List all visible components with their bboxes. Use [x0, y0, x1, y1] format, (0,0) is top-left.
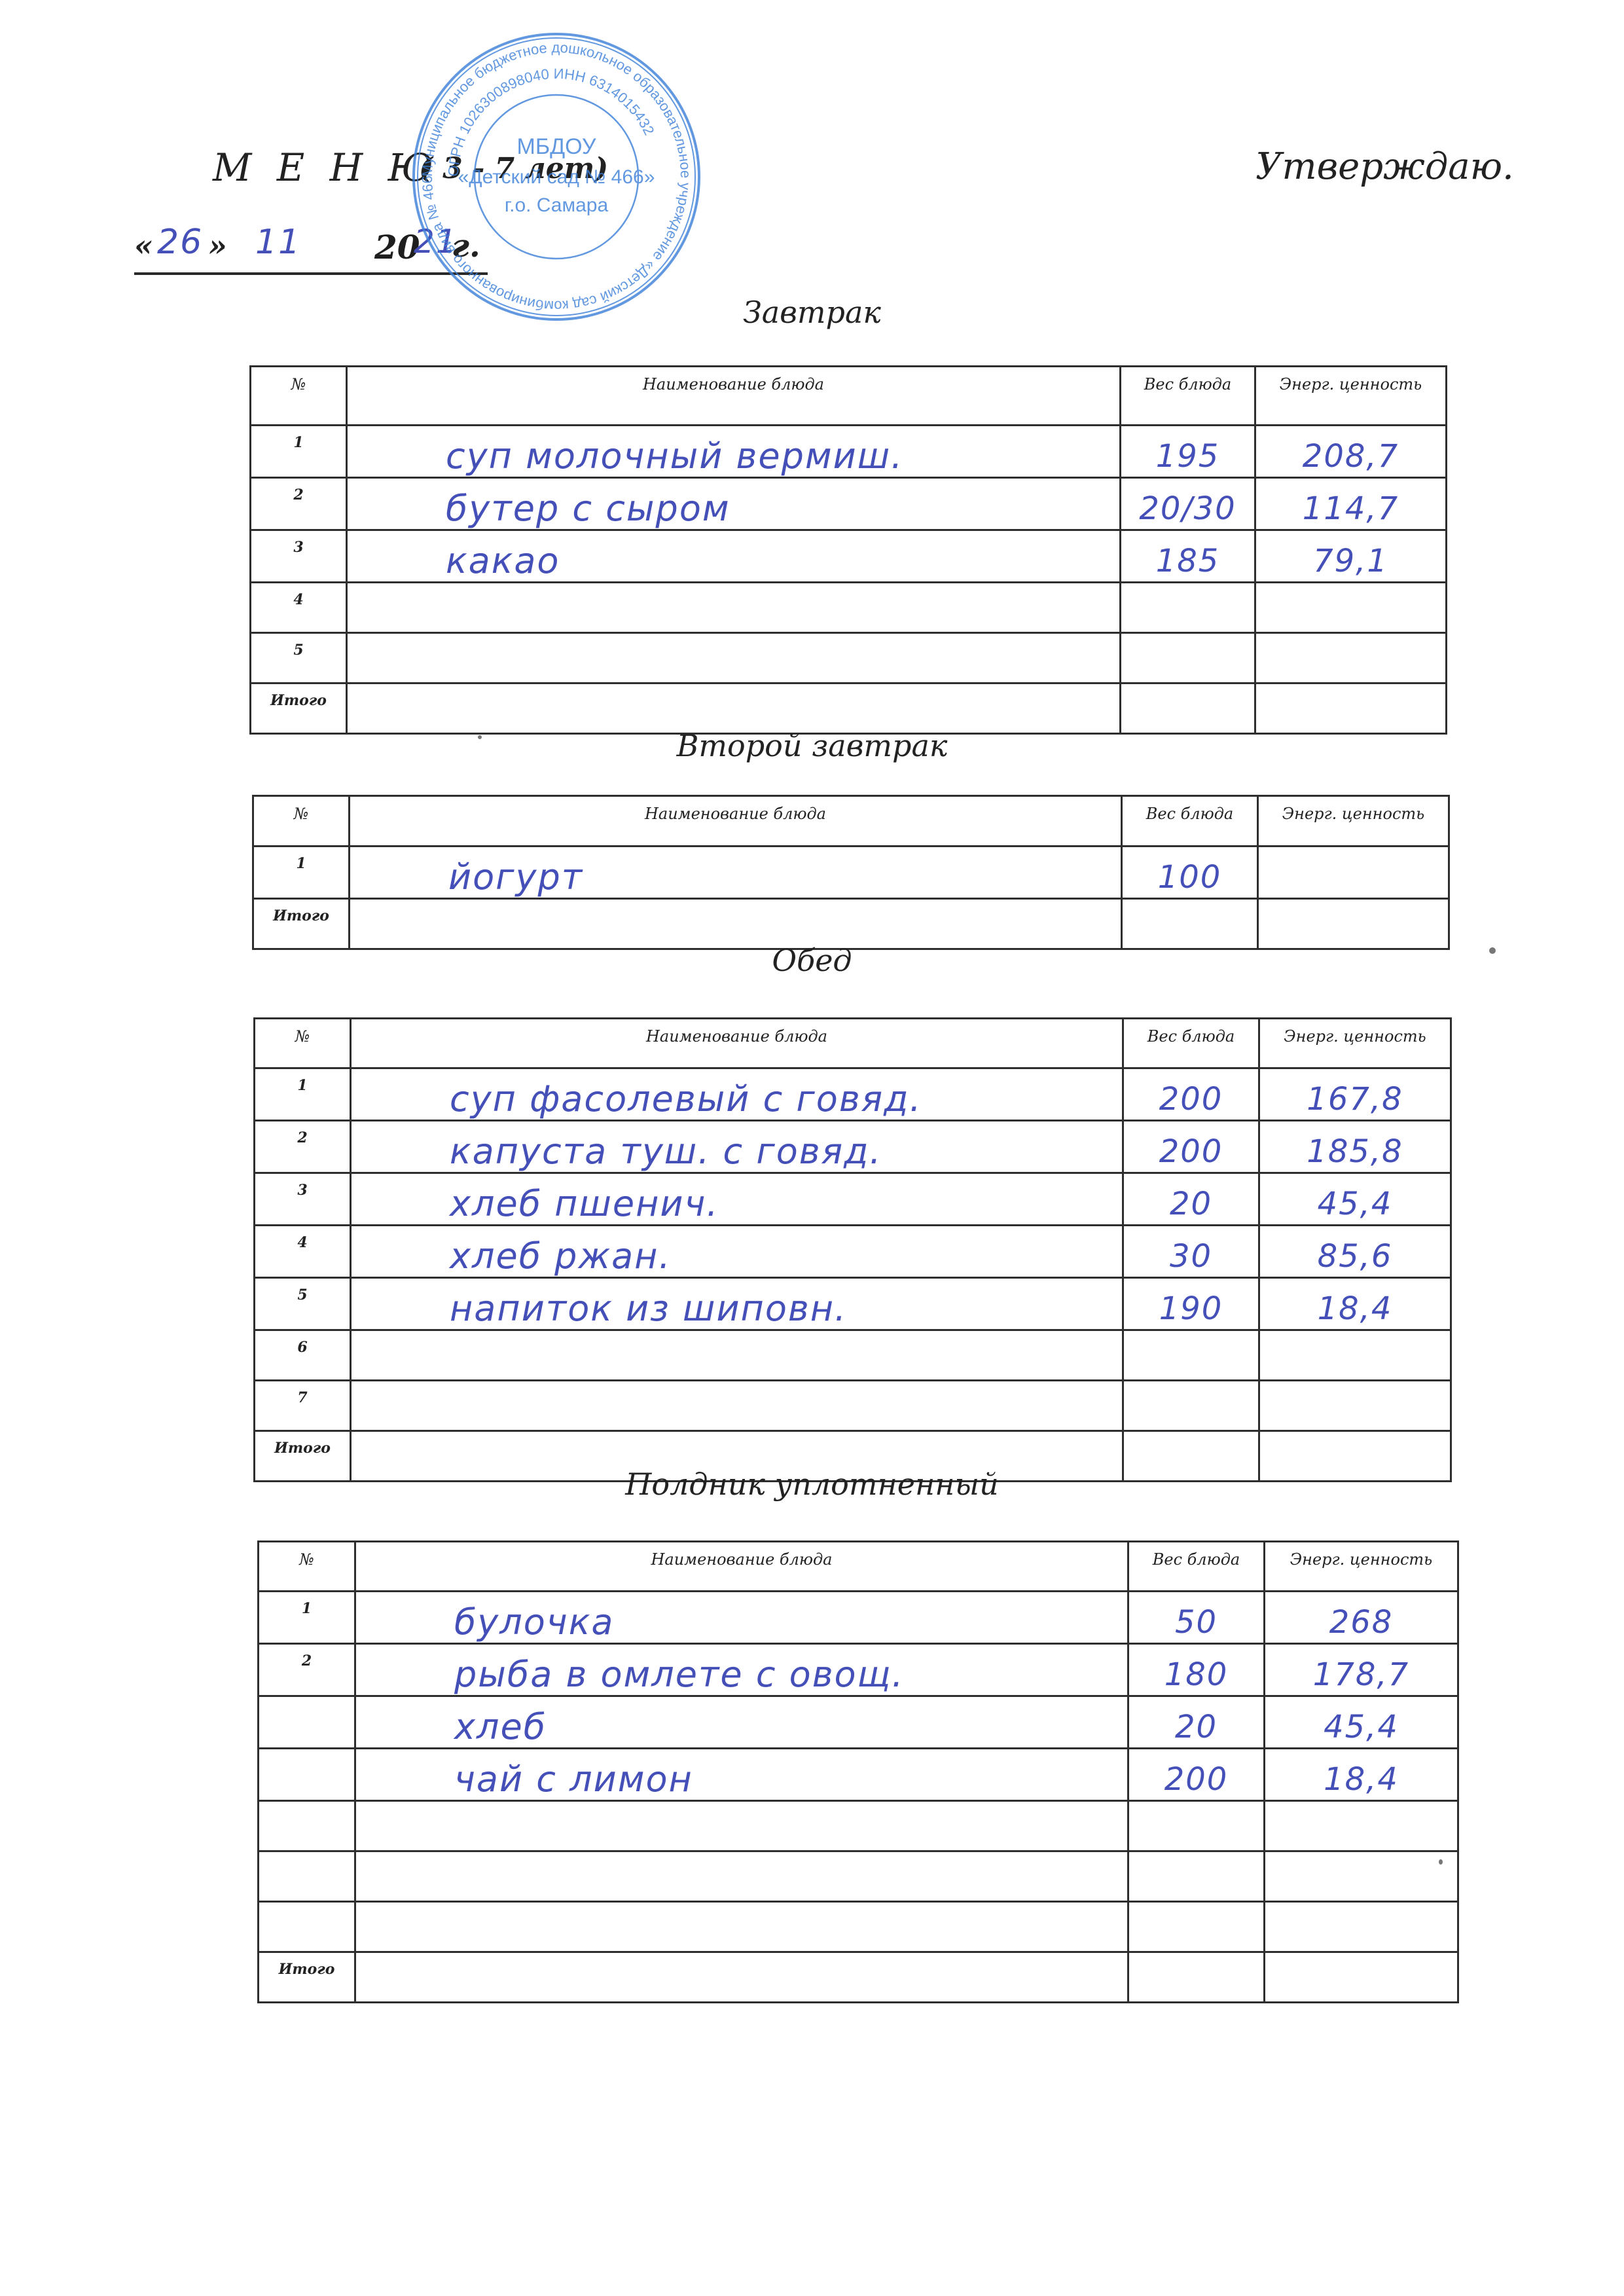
total-label: Итого [259, 1952, 355, 2003]
dish-name-cell[interactable]: суп молочный вермиш. [347, 426, 1121, 478]
column-header-energy: Энерг. ценность [1265, 1542, 1458, 1592]
energy-cell[interactable] [1265, 1801, 1458, 1851]
row-number [259, 1749, 355, 1801]
menu-table-breakfast: №Наименование блюдаВес блюдаЭнерг. ценно… [249, 365, 1447, 735]
table-row: 4хлеб ржан.3085,6 [255, 1226, 1451, 1278]
row-number [259, 1696, 355, 1749]
energy-cell[interactable] [1259, 1330, 1451, 1381]
row-number: 2 [259, 1644, 355, 1696]
table-row: хлеб2045,4 [259, 1696, 1458, 1749]
energy-cell[interactable] [1255, 583, 1447, 633]
energy-cell[interactable]: 18,4 [1265, 1749, 1458, 1801]
dish-name-cell[interactable]: бутер с сыром [347, 478, 1121, 530]
weight-cell[interactable]: 50 [1128, 1592, 1265, 1644]
dish-name-cell[interactable]: йогурт [350, 847, 1122, 899]
table-row: 1суп фасолевый с говяд.200167,8 [255, 1068, 1451, 1121]
energy-cell[interactable]: 79,1 [1255, 530, 1447, 583]
energy-cell[interactable]: 85,6 [1259, 1226, 1451, 1278]
row-number: 6 [255, 1330, 351, 1381]
column-header-weight: Вес блюда [1123, 1019, 1259, 1068]
energy-cell[interactable]: 114,7 [1255, 478, 1447, 530]
energy-cell[interactable] [1255, 633, 1447, 683]
dish-name-cell[interactable] [350, 899, 1122, 949]
weight-cell[interactable]: 180 [1128, 1644, 1265, 1696]
energy-cell[interactable]: 208,7 [1255, 426, 1447, 478]
weight-cell[interactable]: 20 [1128, 1696, 1265, 1749]
energy-cell[interactable]: 268 [1265, 1592, 1458, 1644]
approve-label: Утверждаю. [1255, 145, 1514, 188]
row-number: 3 [255, 1173, 351, 1226]
dish-name-cell[interactable] [351, 1330, 1123, 1381]
date-open-quote: « [134, 228, 153, 263]
row-number [259, 1801, 355, 1851]
column-header-energy: Энерг. ценность [1259, 1019, 1451, 1068]
scan-speck [1489, 947, 1496, 954]
menu-table-lunch: №Наименование блюдаВес блюдаЭнерг. ценно… [253, 1017, 1452, 1482]
weight-cell[interactable]: 20/30 [1121, 478, 1255, 530]
row-number: 1 [255, 1068, 351, 1121]
weight-cell[interactable] [1122, 899, 1258, 949]
weight-cell[interactable] [1123, 1330, 1259, 1381]
row-number: 4 [255, 1226, 351, 1278]
table-header-row: №Наименование блюдаВес блюдаЭнерг. ценно… [253, 796, 1449, 847]
weight-cell[interactable] [1128, 1952, 1265, 2003]
age-group: ( 3 - 7 лет) [419, 152, 608, 185]
dish-name-cell[interactable]: чай с лимон [355, 1749, 1128, 1801]
section-title-lunch: Обед [0, 943, 1624, 978]
row-number: 7 [255, 1381, 351, 1431]
energy-cell[interactable] [1259, 1381, 1451, 1431]
dish-name-cell[interactable] [347, 633, 1121, 683]
section-title-afternoon-snack: Полдник уплотненный [0, 1467, 1624, 1502]
table-row: 2бутер с сыром20/30114,7 [251, 478, 1447, 530]
date-underline [134, 272, 488, 275]
column-header-dish-name: Наименование блюда [355, 1542, 1128, 1592]
weight-cell[interactable]: 100 [1122, 847, 1258, 899]
stamp-center-line: г.о. Самара [505, 194, 609, 216]
total-label: Итого [253, 899, 350, 949]
column-header-weight: Вес блюда [1122, 796, 1258, 847]
dish-name-cell[interactable] [347, 583, 1121, 633]
scan-speck [1439, 1859, 1443, 1865]
energy-cell[interactable] [1258, 899, 1449, 949]
table-row: 1булочка50268 [259, 1592, 1458, 1644]
weight-cell[interactable]: 185 [1121, 530, 1255, 583]
row-number: 5 [255, 1278, 351, 1330]
row-number [259, 1902, 355, 1952]
weight-cell[interactable]: 190 [1123, 1278, 1259, 1330]
table-row: 1йогурт100 [253, 847, 1449, 899]
table-row: чай с лимон20018,4 [259, 1749, 1458, 1801]
weight-cell[interactable]: 30 [1123, 1226, 1259, 1278]
table-row: 2капуста туш. с говяд.200185,8 [255, 1121, 1451, 1173]
column-header-dish-name: Наименование блюда [350, 796, 1122, 847]
energy-cell[interactable] [1258, 847, 1449, 899]
dish-name-cell[interactable] [355, 1952, 1128, 2003]
dish-name-cell[interactable]: капуста туш. с говяд. [351, 1121, 1123, 1173]
row-number: 1 [259, 1592, 355, 1644]
energy-cell[interactable] [1265, 1851, 1458, 1902]
row-number [259, 1851, 355, 1902]
row-number: 1 [251, 426, 347, 478]
dish-name-cell[interactable] [355, 1902, 1128, 1952]
row-number: 1 [253, 847, 350, 899]
table-header-row: №Наименование блюдаВес блюдаЭнерг. ценно… [259, 1542, 1458, 1592]
date-close-quote: » [208, 228, 227, 263]
row-number: 4 [251, 583, 347, 633]
table-row [259, 1851, 1458, 1902]
weight-cell[interactable] [1121, 583, 1255, 633]
table-header-row: №Наименование блюдаВес блюдаЭнерг. ценно… [251, 367, 1447, 426]
dish-name-cell[interactable]: рыба в омлете с овощ. [355, 1644, 1128, 1696]
weight-cell[interactable]: 200 [1123, 1121, 1259, 1173]
row-number: 2 [251, 478, 347, 530]
weight-cell[interactable] [1121, 633, 1255, 683]
column-header-energy: Энерг. ценность [1255, 367, 1447, 426]
scan-speck [478, 735, 482, 739]
weight-cell[interactable] [1128, 1902, 1265, 1952]
energy-cell[interactable]: 178,7 [1265, 1644, 1458, 1696]
weight-cell[interactable] [1128, 1851, 1265, 1902]
weight-cell[interactable]: 195 [1121, 426, 1255, 478]
table-row: 1суп молочный вермиш.195208,7 [251, 426, 1447, 478]
section-title-second-breakfast: Второй завтрак [0, 728, 1624, 763]
table-row: 3какао18579,1 [251, 530, 1447, 583]
row-number: 5 [251, 633, 347, 683]
weight-cell[interactable]: 200 [1123, 1068, 1259, 1121]
table-row: 2рыба в омлете с овощ.180178,7 [259, 1644, 1458, 1696]
dish-name-cell[interactable]: хлеб ржан. [351, 1226, 1123, 1278]
weight-cell[interactable]: 200 [1128, 1749, 1265, 1801]
column-header-dish-name: Наименование блюда [347, 367, 1121, 426]
menu-table-second-breakfast: №Наименование блюдаВес блюдаЭнерг. ценно… [252, 795, 1450, 950]
menu-title: М Е Н Ю [213, 145, 440, 190]
table-row: 6 [255, 1330, 1451, 1381]
date-month: 11 [255, 223, 301, 262]
table-row: 5 [251, 633, 1447, 683]
dish-name-cell[interactable]: суп фасолевый с говяд. [351, 1068, 1123, 1121]
energy-cell[interactable]: 45,4 [1259, 1173, 1451, 1226]
energy-cell[interactable]: 18,4 [1259, 1278, 1451, 1330]
row-number: 2 [255, 1121, 351, 1173]
dish-name-cell[interactable]: напиток из шиповн. [351, 1278, 1123, 1330]
dish-name-cell[interactable] [351, 1381, 1123, 1431]
energy-cell[interactable]: 167,8 [1259, 1068, 1451, 1121]
table-total-row: Итого [259, 1952, 1458, 2003]
row-number: 3 [251, 530, 347, 583]
energy-cell[interactable] [1265, 1952, 1458, 2003]
dish-name-cell[interactable]: хлеб [355, 1696, 1128, 1749]
weight-cell[interactable] [1121, 683, 1255, 734]
section-title-breakfast: Завтрак [0, 295, 1624, 330]
weight-cell[interactable] [1123, 1381, 1259, 1431]
column-header-weight: Вес блюда [1128, 1542, 1265, 1592]
column-header-number: № [251, 367, 347, 426]
column-header-number: № [253, 796, 350, 847]
table-row: 4 [251, 583, 1447, 633]
dish-name-cell[interactable]: хлеб пшенич. [351, 1173, 1123, 1226]
energy-cell[interactable] [1255, 683, 1447, 734]
table-header-row: №Наименование блюдаВес блюдаЭнерг. ценно… [255, 1019, 1451, 1068]
energy-cell[interactable] [1265, 1902, 1458, 1952]
energy-cell[interactable]: 185,8 [1259, 1121, 1451, 1173]
dish-name-cell[interactable] [347, 683, 1121, 734]
table-total-row: Итого [251, 683, 1447, 734]
date-year-suffix: г. [452, 228, 480, 264]
column-header-energy: Энерг. ценность [1258, 796, 1449, 847]
table-row: 7 [255, 1381, 1451, 1431]
column-header-number: № [255, 1019, 351, 1068]
energy-cell[interactable]: 45,4 [1265, 1696, 1458, 1749]
column-header-dish-name: Наименование блюда [351, 1019, 1123, 1068]
menu-table-afternoon-snack: №Наименование блюдаВес блюдаЭнерг. ценно… [257, 1540, 1459, 2003]
weight-cell[interactable] [1128, 1801, 1265, 1851]
date-day: 26 [157, 223, 203, 262]
table-row: 3хлеб пшенич.2045,4 [255, 1173, 1451, 1226]
table-total-row: Итого [253, 899, 1449, 949]
column-header-number: № [259, 1542, 355, 1592]
table-row [259, 1801, 1458, 1851]
total-label: Итого [251, 683, 347, 734]
table-row [259, 1902, 1458, 1952]
dish-name-cell[interactable]: булочка [355, 1592, 1128, 1644]
dish-name-cell[interactable]: какао [347, 530, 1121, 583]
column-header-weight: Вес блюда [1121, 367, 1255, 426]
dish-name-cell[interactable] [355, 1801, 1128, 1851]
dish-name-cell[interactable] [355, 1851, 1128, 1902]
weight-cell[interactable]: 20 [1123, 1173, 1259, 1226]
table-row: 5напиток из шиповн.19018,4 [255, 1278, 1451, 1330]
